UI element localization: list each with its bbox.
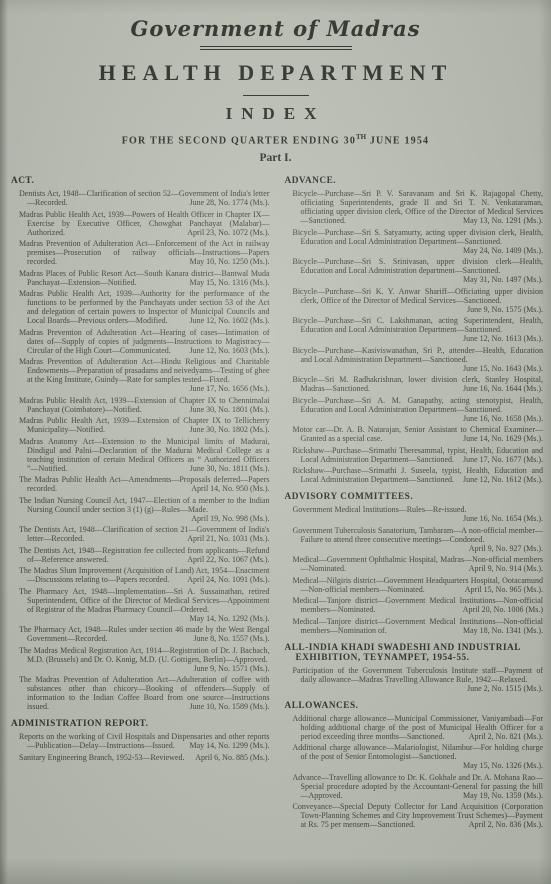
entry-ref: April 20, No. 1006 (Ms.) — [455, 605, 543, 614]
entry-ref: May 31, No. 1497 (Ms.). — [455, 275, 543, 284]
index-entry: Bicycle—Purchase—Sri S. Srinivasan, uppe… — [285, 257, 544, 284]
section-heading: ADVANCE. — [285, 176, 544, 186]
index-entry: Sanitary Engineering Branch, 1952-53—Rev… — [11, 753, 270, 762]
entry-ref: May 15, No. 1326 (Ms.). — [455, 761, 543, 770]
document-header: Government of Madras HEALTH DEPARTMENT I… — [0, 0, 551, 164]
index-section: ALLOWANCES. Additional charge allowance—… — [285, 701, 544, 830]
entry-ref: April 2, No. 836 (Ms.). — [461, 820, 543, 829]
index-section: ADVANCE. Bicycle—Purchase—Sri P. V. Sara… — [285, 176, 544, 484]
entry-ref: April 23, No. 1072 (Ms.). — [179, 228, 269, 237]
entry-ref: June 16, No. 1654 (Ms.). — [455, 514, 543, 523]
entry-ref: June 30, No. 1811 (Ms.). — [182, 464, 270, 473]
index-entry: Reports on the working of Civil Hospital… — [11, 732, 270, 750]
entry-ref: June 30, No. 1802 (Ms.). — [182, 425, 270, 434]
quarter-prefix: FOR THE SECOND QUARTER ENDING 30 — [122, 135, 356, 146]
entry-ref: June 14, No. 1629 (Ms.). — [455, 434, 543, 443]
index-entry: Motor car—Dr. A. B. Natarajan, Senior As… — [285, 425, 544, 443]
index-entry: Medical—Nilgiris district—Government Hea… — [285, 576, 544, 594]
index-entry: The Dentists Act, 1948—Registration fee … — [11, 546, 270, 564]
entry-text: Bicycle—Purchase—Sri K. Y. Anwar Shariff… — [293, 287, 544, 305]
index-title: INDEX — [0, 104, 551, 124]
index-entry: Additional charge allowance—Municipal Co… — [285, 714, 544, 741]
index-entry: Madras Public Health Act, 1939—Extension… — [11, 396, 270, 414]
quarter-suffix: JUNE 1954 — [366, 135, 429, 146]
entry-ref: June 2, No. 1515 (Ms.). — [459, 684, 543, 693]
entry-text: The Madras Medical Registration Act, 191… — [19, 646, 270, 664]
section-entries: Reports on the working of Civil Hospital… — [11, 732, 270, 762]
entry-ref: June 8, No. 1557 (Ms.). — [186, 634, 270, 643]
entry-text: Additional charge allowance—Malariologis… — [293, 743, 544, 761]
index-entry: The Indian Nursing Council Act, 1947—Ele… — [11, 496, 270, 523]
entry-ref: June 17, No. 1677 (Ms.). — [455, 455, 543, 464]
entry-text: Government Tuberculosis Sanatorium, Tamb… — [293, 526, 544, 544]
entry-ref: June 17, No. 1656 (Ms.). — [182, 384, 270, 393]
entry-ref: June 10, No. 1589 (Ms.). — [182, 702, 270, 711]
entry-ref: April 15, No. 965 (Ms.). — [457, 585, 543, 594]
index-entry: Madras Places of Public Resort Act—South… — [11, 269, 270, 287]
double-rule — [200, 46, 352, 50]
entry-text: The Pharmacy Act, 1948—Implementation—Sr… — [19, 587, 270, 614]
entry-text: Bicycle—Purchase—Kasiviswanathan, Sri P.… — [293, 346, 544, 364]
index-entry: The Pharmacy Act, 1948—Rules under secti… — [11, 625, 270, 643]
entry-ref: May 18, No. 1341 (Ms.). — [455, 626, 543, 635]
entry-ref: June 9, No. 1575 (Ms.). — [459, 305, 543, 314]
entry-ref: May 24, No. 1409 (Ms.). — [455, 246, 543, 255]
quarter-line: FOR THE SECOND QUARTER ENDING 30TH JUNE … — [0, 133, 551, 146]
entry-text: The Indian Nursing Council Act, 1947—Ele… — [19, 496, 270, 514]
entry-text: Bicycle—Purchase—Sri A. M. Ganapathy, ac… — [293, 396, 544, 414]
index-entry: The Madras Prevention of Adulteration Ac… — [11, 675, 270, 711]
entry-ref: May 14, No. 1292 (Ms.). — [182, 614, 270, 623]
index-entry: Medical—Tanjore district—Government Medi… — [285, 617, 544, 635]
index-entry: Bicycle—Purchase—Sri P. V. Saravanam and… — [285, 189, 544, 225]
index-entry: Madras Public Health Act, 1939—Powers of… — [11, 210, 270, 237]
entry-text: Participation of the Government Tubercul… — [293, 666, 544, 684]
entry-ref: June 16, No. 1658 (Ms.). — [455, 414, 543, 423]
section-entries: Bicycle—Purchase—Sri P. V. Saravanam and… — [285, 189, 544, 484]
index-entry: Bicycle—Purchase—Sri C. Lakshmanan, acti… — [285, 316, 544, 343]
index-entry: Madras Anatomy Act—Extension to the Muni… — [11, 437, 270, 473]
index-entry: Madras Prevention of Adulteration Act—Hi… — [11, 357, 270, 393]
section-entries: Additional charge allowance—Municipal Co… — [285, 714, 544, 830]
entry-ref: May 10, No. 1250 (Ms.). — [182, 257, 270, 266]
entry-ref: June 16, No. 1644 (Ms.). — [455, 384, 543, 393]
index-entry: The Dentists Act, 1948—Clarification of … — [11, 525, 270, 543]
index-entry: Madras Prevention of Adulteration Act—He… — [11, 328, 270, 355]
entry-ref: June 15, No. 1643 (Ms.). — [455, 364, 543, 373]
index-section: ADMINISTRATION REPORT. Reports on the wo… — [11, 719, 270, 762]
index-entry: The Madras Medical Registration Act, 191… — [11, 646, 270, 673]
index-entry: Bicycle—Purchase—Kasiviswanathan, Sri P.… — [285, 346, 544, 373]
entry-text: Bicycle—Purchase—Sri S. Srinivasan, uppe… — [293, 257, 544, 275]
index-section: ACT. Dentists Act, 1948—Clarification of… — [11, 176, 270, 711]
entry-text: Madras Prevention of Adulteration Act—Hi… — [19, 357, 270, 384]
entry-ref: April 22, No. 1067 (Ms.). — [179, 555, 269, 564]
index-entry: Additional charge allowance—Malariologis… — [285, 743, 544, 770]
section-heading: ALL-INDIA KHADI SWADESHI AND INDUSTRIAL … — [285, 643, 544, 663]
entry-ref: April 2, No. 821 (Ms.). — [461, 732, 543, 741]
index-entry: Madras Public Health Act, 1939—Extension… — [11, 416, 270, 434]
entry-ref: June 12, No. 1613 (Ms.). — [455, 334, 543, 343]
part-label: Part I. — [0, 152, 551, 164]
index-entry: Dentists Act, 1948—Clarification of sect… — [11, 189, 270, 207]
index-entry: Conveyance—Special Deputy Collector for … — [285, 802, 544, 829]
entry-ref: April 6, No. 885 (Ms.). — [187, 753, 269, 762]
index-entry: Madras Public Health Act, 1939—Authority… — [11, 289, 270, 325]
index-entry: Participation of the Government Tubercul… — [285, 666, 544, 693]
section-heading: ALLOWANCES. — [285, 701, 544, 711]
government-title: Government of Madras — [0, 16, 551, 41]
entry-ref: April 19, No. 998 (Ms.). — [183, 514, 269, 523]
entry-ref: May 13, No. 1291 (Ms.). — [455, 216, 543, 225]
index-section: ALL-INDIA KHADI SWADESHI AND INDUSTRIAL … — [285, 643, 544, 693]
index-entry: Bicycle—Purchase—Sri S. Satyamurty, acti… — [285, 228, 544, 255]
index-entry: Rickshaw—Purchase—Srimathi J. Suseela, t… — [285, 466, 544, 484]
index-entry: Bicycle—Sri M. Radhakrishnan, lower divi… — [285, 375, 544, 393]
section-entries: Dentists Act, 1948—Clarification of sect… — [11, 189, 270, 711]
section-entries: Participation of the Government Tubercul… — [285, 666, 544, 693]
index-entry: Advance—Travelling allowance to Dr. K. G… — [285, 773, 544, 800]
entry-ref: April 9, No. 914 (Ms.). — [461, 564, 543, 573]
entry-text: Sanitary Engineering Branch, 1952-53—Rev… — [19, 753, 185, 762]
index-entry: The Madras Public Health Act—Amendments—… — [11, 475, 270, 493]
entry-ref: June 12, No. 1612 (Ms.). — [455, 475, 543, 484]
entry-text: Bicycle—Purchase—Sri C. Lakshmanan, acti… — [293, 316, 544, 334]
entry-ref: April 21, No. 1031 (Ms.). — [179, 534, 269, 543]
index-entry: Madras Prevention of Adulteration Act—En… — [11, 239, 270, 266]
entry-ref: April 9, No. 927 (Ms.). — [461, 544, 543, 553]
entry-ref: May 14, No. 1299 (Ms.). — [182, 741, 270, 750]
entry-ref: May 15, No. 1316 (Ms.). — [182, 278, 270, 287]
entry-text: Bicycle—Purchase—Sri S. Satyamurty, acti… — [293, 228, 544, 246]
column-left: ACT. Dentists Act, 1948—Clarification of… — [11, 168, 270, 832]
index-entry: Government Medical Institutions—Rules—Re… — [285, 505, 544, 523]
entry-ref: June 28, No. 1774 (Ms.). — [182, 198, 270, 207]
entry-ref: April 24, No. 1091 (Ms.). — [179, 575, 269, 584]
index-entry: Government Tuberculosis Sanatorium, Tamb… — [285, 526, 544, 553]
quarter-ordinal: TH — [356, 133, 366, 141]
entry-ref: June 9, No. 1571 (Ms.). — [186, 664, 270, 673]
index-section: ADVISORY COMMITTEES. Government Medical … — [285, 492, 544, 635]
index-entry: Rickshaw—Purchase—Srimathi Theresammal, … — [285, 446, 544, 464]
index-entry: The Pharmacy Act, 1948—Implementation—Sr… — [11, 587, 270, 623]
entry-text: Government Medical Institutions—Rules—Re… — [293, 505, 467, 514]
column-right: ADVANCE. Bicycle—Purchase—Sri P. V. Sara… — [285, 168, 544, 832]
index-entry: Bicycle—Purchase—Sri A. M. Ganapathy, ac… — [285, 396, 544, 423]
index-entry: Medical—Government Ophthalmic Hospital, … — [285, 555, 544, 573]
entry-ref: June 30, No. 1801 (Ms.). — [182, 405, 270, 414]
scanned-document-page: Government of Madras HEALTH DEPARTMENT I… — [0, 0, 551, 884]
section-entries: Government Medical Institutions—Rules—Re… — [285, 505, 544, 635]
section-heading: ADVISORY COMMITTEES. — [285, 492, 544, 502]
section-heading: ADMINISTRATION REPORT. — [11, 719, 270, 729]
single-rule — [243, 95, 309, 96]
entry-ref: June 12, No. 1603 (Ms.). — [182, 346, 270, 355]
index-entry: The Madras Slum Improvement (Acquisition… — [11, 566, 270, 584]
entry-ref: April 14, No. 950 (Ms.). — [183, 484, 269, 493]
entry-ref: May 19, No. 1359 (Ms.). — [455, 791, 543, 800]
index-entry: Bicycle—Purchase—Sri K. Y. Anwar Shariff… — [285, 287, 544, 314]
index-columns: ACT. Dentists Act, 1948—Clarification of… — [0, 164, 551, 832]
index-entry: Medical—Tanjore district—Government Medi… — [285, 596, 544, 614]
section-heading: ACT. — [11, 176, 270, 186]
entry-ref: June 12, No. 1602 (Ms.). — [182, 316, 270, 325]
department-title: HEALTH DEPARTMENT — [0, 60, 551, 86]
